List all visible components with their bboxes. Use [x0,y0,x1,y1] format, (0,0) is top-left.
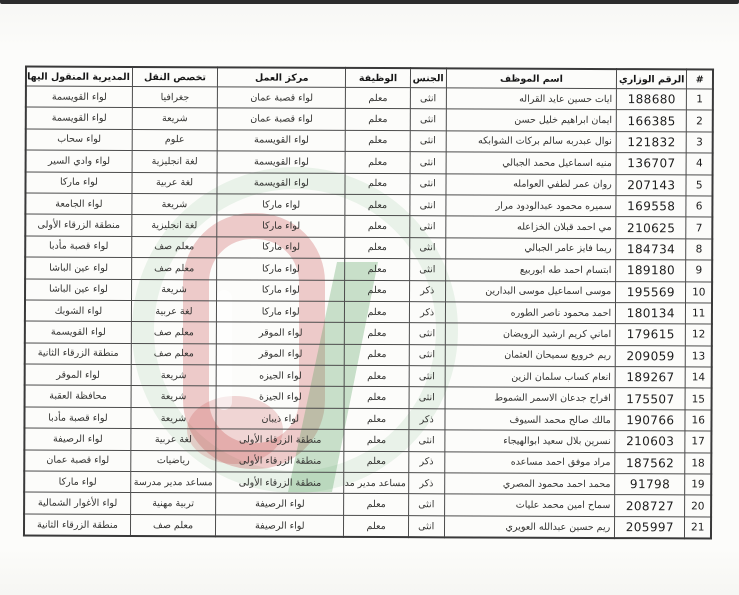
cell-row-19-idx: 19 [685,474,711,496]
cell-row-16-specialty: شريعة [131,407,216,429]
cell-row-6-mnum: 169558 [616,196,686,218]
cell-row-7-mnum: 210625 [616,217,686,239]
table-row: 3121832نوال عبدربه سالم بركات الشوابكهان… [26,129,713,153]
cell-row-11-job: معلم [345,301,409,323]
cell-row-15-idx: 15 [685,388,711,410]
column-header-name: اسم الموظف [446,68,617,88]
cell-row-21-specialty: معلم صف [130,514,215,536]
table-row: 5207143روان عمر لطفي العواملهانثىمعلملوا… [25,172,712,196]
cell-row-18-name: مراد موفق احمد مساعده [445,451,616,473]
cell-row-16-name: مالك صالح محمد السيوف [445,409,616,431]
cell-row-20-directorate: لواء الأغوار الشمالية [24,492,130,514]
cell-row-4-gender: انثى [410,152,446,174]
table-row: 7210625مي احمد قبلان الخزاعلهانثىمعلملوا… [25,214,712,238]
cell-row-10-idx: 10 [686,281,712,303]
cell-row-1-idx: 1 [687,89,713,111]
cell-row-4-name: منيه اسماعيل محمد الجبالي [446,152,617,174]
cell-row-1-job: معلم [346,87,410,109]
cell-row-12-idx: 12 [686,324,712,346]
column-header-mnum: الرقم الوزاري [617,69,687,89]
cell-row-3-name: نوال عبدربه سالم بركات الشوابكه [446,131,617,153]
cell-row-14-name: انعام كساب سلمان الزين [445,366,616,388]
cell-row-12-mnum: 179615 [616,324,686,346]
cell-row-8-specialty: معلم صف [132,236,217,258]
cell-row-6-specialty: شريعة [132,193,217,215]
cell-row-2-gender: انثى [410,109,446,131]
cell-row-7-job: معلم [345,216,409,238]
cell-row-15-center: لواء الجيزة [216,386,344,408]
cell-row-15-gender: انثى [409,387,445,409]
cell-row-16-idx: 16 [685,410,711,432]
cell-row-18-idx: 18 [685,453,711,475]
cell-row-8-gender: انثى [409,237,445,259]
cell-row-8-directorate: لواء قصبة مأدبا [25,236,131,258]
cell-row-18-center: منطقة الزرقاء الأولى [216,450,344,472]
cell-row-7-gender: انثى [409,216,445,238]
cell-row-19-gender: ذكر [408,473,444,495]
cell-row-8-job: معلم [345,237,409,259]
cell-row-15-name: افراح جدعان الاسمر الشموط [445,387,616,409]
cell-row-15-mnum: 175507 [615,388,685,410]
table-row: 1991798محمد احمد محمود المصريذكرمساعد مد… [24,471,711,495]
cell-row-18-job: معلم [344,451,408,473]
cell-row-20-idx: 20 [685,495,711,517]
cell-row-6-name: سميره محمود عبدالودود مرار [446,195,617,217]
column-header-center: مركز العمل [218,67,346,87]
cell-row-4-directorate: لواء وادي السير [26,150,132,172]
cell-row-9-center: لواء ماركا [217,258,345,280]
cell-row-2-name: ايمان ابراهيم خليل حسن [446,109,617,131]
cell-row-9-idx: 9 [686,260,712,282]
cell-row-3-idx: 3 [687,132,713,154]
cell-row-13-job: معلم [345,344,409,366]
cell-row-21-name: ريم حسين عبدالله العويري [444,516,615,539]
cell-row-20-mnum: 208727 [615,495,685,517]
column-header-job: الوظيفة [346,68,410,88]
cell-row-5-idx: 5 [686,174,712,196]
cell-row-17-directorate: لواء الرصيفة [24,428,130,450]
cell-row-7-idx: 7 [686,217,712,239]
cell-row-10-mnum: 195569 [616,281,686,303]
cell-row-16-center: لواء ذيبان [216,408,344,430]
cell-row-8-idx: 8 [686,239,712,261]
cell-row-4-specialty: لغة انجليزية [132,151,217,173]
cell-row-13-name: ريم خرويع سميحان العثمان [445,345,616,367]
cell-row-12-center: لواء الموقر [216,322,344,344]
cell-row-12-directorate: لواء القويسمة [25,321,131,343]
cell-row-11-center: لواء ماركا [217,301,345,323]
cell-row-14-specialty: شريعة [131,365,216,387]
cell-row-17-idx: 17 [685,431,711,453]
cell-row-20-center: لواء الرصيفة [216,493,344,515]
table-row: 6169558سميره محمود عبدالودود مرارانثىمعل… [25,193,712,217]
cell-row-20-specialty: تربية مهنية [130,493,215,515]
cell-row-13-center: لواء الموقر [216,344,344,366]
cell-row-17-center: منطقة الزرقاء الأولى [216,429,344,451]
table-row: 18187562مراد موفق احمد مساعدهذكرمعلممنطق… [24,450,711,474]
cell-row-3-job: معلم [346,130,410,152]
cell-row-13-directorate: منطقة الزرقاء الثانية [25,343,131,365]
cell-row-7-directorate: منطقة الزرقاء الأولى [25,214,131,236]
table-row: 1188680ايات حسين عايد القرالهانثىمعلملوا… [26,86,713,110]
cell-row-11-mnum: 180134 [616,302,686,324]
cell-row-9-name: ابتسام احمد طه ابوربيع [445,259,616,281]
cell-row-8-center: لواء ماركا [217,237,345,259]
column-header-gender: الجنس [410,68,446,88]
cell-row-5-center: لواء القويسمة [217,172,345,194]
cell-row-17-gender: انثى [409,430,445,452]
cell-row-12-job: معلم [345,323,409,345]
cell-row-18-directorate: لواء قصبة عمان [24,450,130,472]
cell-row-11-idx: 11 [686,303,712,325]
cell-row-5-name: روان عمر لطفي العوامله [446,173,617,195]
cell-row-7-specialty: لغة انجليزية [132,215,217,237]
cell-row-5-gender: انثى [410,173,446,195]
cell-row-11-directorate: لواء الشوبك [25,300,131,322]
cell-row-10-name: موسى اسماعيل موسى البدارين [445,280,616,302]
cell-row-14-directorate: لواء الموقر [25,364,131,386]
cell-row-21-mnum: 205997 [615,516,685,538]
cell-row-13-specialty: معلم صف [131,343,216,365]
cell-row-1-directorate: لواء القويسمة [26,86,132,108]
table-row: 2166385ايمان ابراهيم خليل حسنانثىمعلملوا… [26,107,713,131]
column-header-idx: # [687,69,713,89]
cell-row-16-gender: ذكر [409,409,445,431]
cell-row-12-name: اماني كريم ارشيد الرويضان [445,323,616,345]
cell-row-3-directorate: لواء سحاب [26,129,132,151]
table-row: 15175507افراح جدعان الاسمر الشموطانثىمعل… [25,385,712,409]
cell-row-13-idx: 13 [686,346,712,368]
cell-row-16-directorate: لواء قصبة مأدبا [24,407,130,429]
cell-row-12-gender: انثى [409,323,445,345]
cell-row-4-center: لواء القويسمة [217,151,345,173]
scanned-transfer-list-page: { "page": { "kind": "scanned-table-docum… [0,0,739,595]
column-header-directorate: المديرية المنقول اليها [26,67,132,87]
column-header-specialty: تخصص النقل [132,67,217,87]
cell-row-19-center: منطقة الزرقاء الأولى [216,472,344,494]
table-row: 12179615اماني كريم ارشيد الرويضانانثىمعل… [25,321,712,345]
cell-row-2-directorate: لواء القويسمة [26,107,132,129]
cell-row-9-specialty: معلم صف [131,258,216,280]
table-row: 21205997ريم حسين عبدالله العويريانثىمعلم… [24,514,711,539]
cell-row-19-job: مساعد مدير مدرسه [344,472,408,494]
cell-row-2-job: معلم [346,109,410,131]
cell-row-14-mnum: 189267 [615,367,685,389]
cell-row-9-directorate: لواء عين الباشا [25,257,131,279]
cell-row-5-directorate: لواء ماركا [25,172,131,194]
cell-row-17-job: معلم [344,430,408,452]
cell-row-21-idx: 21 [685,517,711,539]
table-row: 11180134احمد محمود ناصر الطورهذكرمعلملوا… [25,300,712,324]
cell-row-5-mnum: 207143 [616,174,686,196]
cell-row-3-mnum: 121832 [616,131,686,153]
cell-row-1-specialty: جغرافيا [132,86,217,108]
cell-row-7-name: مي احمد قبلان الخزاعله [446,216,617,238]
cell-row-12-specialty: معلم صف [131,322,216,344]
cell-row-20-job: معلم [344,494,408,516]
cell-row-9-mnum: 189180 [616,260,686,282]
cell-row-14-job: معلم [345,365,409,387]
cell-row-5-job: معلم [345,173,409,195]
cell-row-13-mnum: 209059 [615,345,685,367]
cell-row-10-gender: ذكر [409,280,445,302]
scan-edge-artifact [0,0,739,4]
cell-row-18-mnum: 187562 [615,452,685,474]
cell-row-10-directorate: لواء عين الباشا [25,279,131,301]
cell-row-5-specialty: لغة عربية [132,172,217,194]
cell-row-16-mnum: 190766 [615,409,685,431]
cell-row-1-center: لواء قصبة عمان [217,87,345,109]
cell-row-6-directorate: لواء الجامعة [25,193,131,215]
cell-row-9-gender: انثى [409,259,445,281]
cell-row-3-center: لواء القويسمة [217,130,345,152]
cell-row-6-center: لواء ماركا [217,194,345,216]
cell-row-10-center: لواء ماركا [217,279,345,301]
cell-row-4-idx: 4 [686,153,712,175]
table-body: 1188680ايات حسين عايد القرالهانثىمعلملوا… [24,86,713,539]
cell-row-19-mnum: 91798 [615,474,685,496]
cell-row-11-gender: ذكر [409,302,445,324]
cell-row-2-center: لواء قصبة عمان [217,108,345,130]
cell-row-18-gender: ذكر [408,451,444,473]
cell-row-14-gender: انثى [409,366,445,388]
cell-row-21-job: معلم [344,515,408,537]
table-row: 16190766مالك صالح محمد السيوفذكرمعلملواء… [24,407,711,431]
table-row: 10195569موسى اسماعيل موسى البدارينذكرمعل… [25,279,712,303]
cell-row-8-mnum: 184734 [616,238,686,260]
cell-row-10-job: معلم [345,280,409,302]
cell-row-21-directorate: منطقة الزرقاء الثانية [24,514,130,536]
cell-row-21-center: لواء الرصيفة [216,515,344,537]
cell-row-6-gender: انثى [410,195,446,217]
cell-row-2-idx: 2 [687,110,713,132]
cell-row-20-name: سماح امين محمد عليات [444,494,615,516]
cell-row-9-job: معلم [345,259,409,281]
cell-row-20-gender: انثى [408,494,444,516]
cell-row-4-job: معلم [346,152,410,174]
cell-row-6-job: معلم [345,194,409,216]
cell-row-19-directorate: لواء ماركا [24,471,130,493]
cell-row-2-mnum: 166385 [616,110,686,132]
cell-row-1-gender: انثى [410,88,446,110]
cell-row-17-name: نسرين بلال سعيد ابوالهيجاء [445,430,616,452]
cell-row-1-name: ايات حسين عايد القراله [446,88,617,110]
cell-row-14-center: لواء الجيزه [216,365,344,387]
cell-row-11-specialty: لغة عربية [131,300,216,322]
table-row: 4136707منيه اسماعيل محمد الجباليانثىمعلم… [26,150,713,174]
cell-row-7-center: لواء ماركا [217,215,345,237]
cell-row-6-idx: 6 [686,196,712,218]
cell-row-21-gender: انثى [408,515,444,537]
cell-row-16-job: معلم [344,408,408,430]
cell-row-15-specialty: شريعة [131,386,216,408]
cell-row-8-name: ريما فايز عامر الجبالي [445,238,616,260]
cell-row-15-job: معلم [345,387,409,409]
cell-row-3-gender: انثى [410,130,446,152]
cell-row-11-name: احمد محمود ناصر الطوره [445,302,616,324]
cell-row-18-specialty: رياضيات [131,450,216,472]
cell-row-13-gender: انثى [409,344,445,366]
table-row: 13209059ريم خرويع سميحان العثمانانثىمعلم… [25,343,712,367]
cell-row-17-specialty: لغة عربية [131,429,216,451]
cell-row-4-mnum: 136707 [616,153,686,175]
table-row: 20208727سماح امين محمد علياتانثىمعلملواء… [24,492,711,516]
cell-row-2-specialty: شريعة [132,108,217,130]
cell-row-15-directorate: محافظة العقبة [25,385,131,407]
cell-row-19-name: محمد احمد محمود المصري [444,473,615,495]
cell-row-17-mnum: 210603 [615,431,685,453]
table-row: 17210603نسرين بلال سعيد ابوالهيجاءانثىمع… [24,428,711,452]
transfer-list-table: #الرقم الوزارياسم الموظفالجنسالوظيفةمركز… [23,65,714,539]
table-row: 14189267انعام كساب سلمان الزينانثىمعلملو… [25,364,712,388]
table-row: 9189180ابتسام احمد طه ابوربيعانثىمعلملوا… [25,257,712,281]
cell-row-10-specialty: شريعة [131,279,216,301]
cell-row-3-specialty: علوم [132,129,217,151]
cell-row-14-idx: 14 [686,367,712,389]
table-row: 8184734ريما فايز عامر الجباليانثىمعلملوا… [25,236,712,260]
cell-row-1-mnum: 188680 [617,89,687,111]
cell-row-19-specialty: مساعد مدير مدرسة [131,471,216,493]
